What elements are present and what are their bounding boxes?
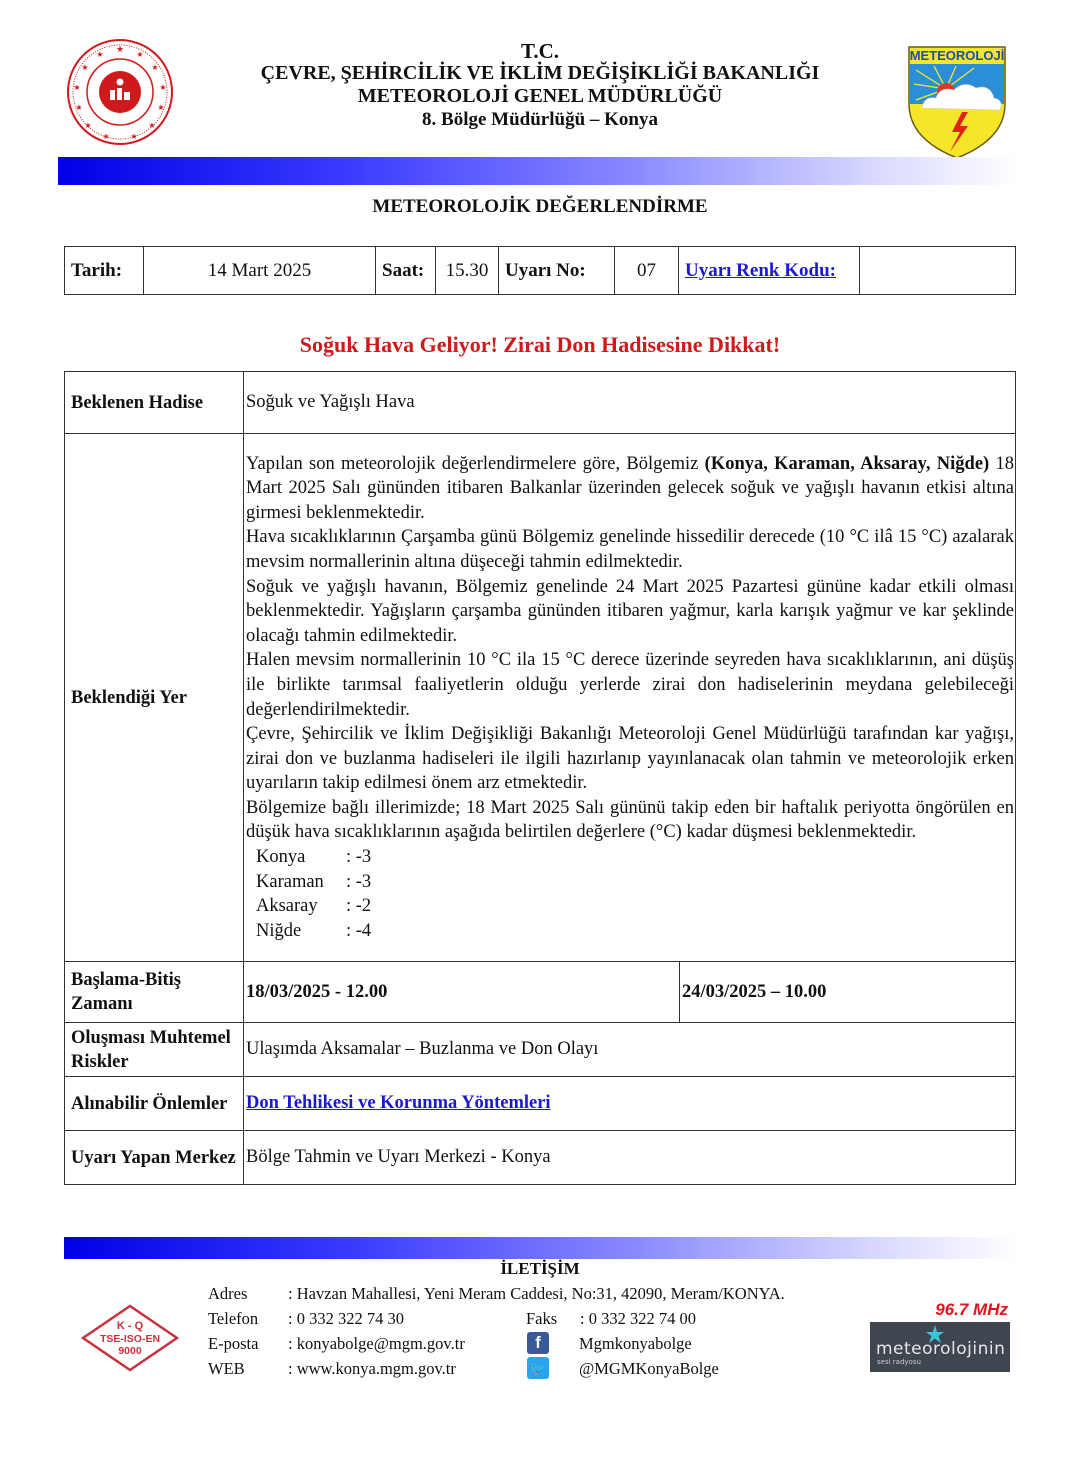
phone-label: Telefon <box>208 1306 288 1331</box>
svg-text:★: ★ <box>157 103 164 112</box>
svg-text:METEOROLOJİ: METEOROLOJİ <box>910 48 1005 63</box>
radio-badge: meteorolojinin sesi radyosu <box>870 1322 1010 1372</box>
row-expected-place: Beklendiği Yer Yapılan son meteorolojik … <box>65 434 1016 962</box>
min-temp-item: Konya: -3 <box>256 845 1014 870</box>
paragraph-6: Bölgemize bağlı illerimizde; 18 Mart 202… <box>246 796 1014 845</box>
svg-text:★: ★ <box>96 50 103 59</box>
warning-meta-table: Tarih: 14 Mart 2025 Saat: 15.30 Uyarı No… <box>64 246 1016 295</box>
svg-text:★: ★ <box>148 121 155 130</box>
paragraph-2: Hava sıcaklıklarının Çarşamba günü Bölge… <box>246 525 1014 574</box>
svg-text:★: ★ <box>84 121 91 130</box>
paragraph-4: Halen mevsim normallerinin 10 °C ila 15 … <box>246 648 1014 722</box>
expected-event-value: Soğuk ve Yağışlı Hava <box>244 372 1016 434</box>
facebook-icon[interactable]: f <box>527 1332 549 1354</box>
tse-iso-9000-logo: K - Q TSE-ISO-EN 9000 <box>80 1303 180 1373</box>
facebook-handle[interactable]: Mgmkonyabolge <box>579 1331 692 1356</box>
twitter-handle[interactable]: @MGMKonyaBolge <box>579 1356 719 1381</box>
warning-details-table: Beklenen Hadise Soğuk ve Yağışlı Hava Be… <box>64 371 1016 1185</box>
svg-text:★: ★ <box>116 44 124 54</box>
start-end-label: Başlama-Bitiş Zamanı <box>65 962 244 1023</box>
paragraph-1: Yapılan son meteorolojik değerlendirmele… <box>246 452 1014 526</box>
meteoroloji-radio-logo: 96.7 MHz meteorolojinin sesi radyosu <box>870 1300 1010 1372</box>
svg-text:★: ★ <box>81 63 88 72</box>
svg-text:★: ★ <box>130 132 137 141</box>
address-label: Adres <box>208 1281 288 1306</box>
row-expected-event: Beklenen Hadise Soğuk ve Yağışlı Hava <box>65 372 1016 434</box>
twitter-icon[interactable]: 🐦 <box>527 1357 549 1379</box>
ministry-seal-logo: ★ ★ ★ ★ ★ ★ ★ ★ ★ ★ ★ ★ ★ <box>66 38 174 146</box>
fax-label: Faks <box>526 1306 580 1331</box>
row-start-end: Başlama-Bitiş Zamanı 18/03/2025 - 12.00 … <box>65 962 1016 1023</box>
header-line-ministry: ÇEVRE, ŞEHİRCİLİK VE İKLİM DEĞİŞİKLİĞİ B… <box>180 62 900 85</box>
min-temperature-list: Konya: -3 Karaman: -3 Aksaray: -2 Niğde:… <box>256 845 1014 943</box>
email-value[interactable]: : konyabolge@mgm.gov.tr <box>288 1331 526 1356</box>
svg-text:★: ★ <box>73 83 80 92</box>
svg-text:★: ★ <box>102 132 109 141</box>
risks-label: Oluşması Muhtemel Riskler <box>65 1023 244 1077</box>
meteoroloji-shield-logo: METEOROLOJİ <box>906 44 1008 160</box>
issuer-value: Bölge Tahmin ve Uyarı Merkezi - Konya <box>244 1131 1016 1185</box>
risks-value: Ulaşımda Aksamalar – Buzlanma ve Don Ola… <box>244 1023 1016 1077</box>
institution-header: T.C. ÇEVRE, ŞEHİRCİLİK VE İKLİM DEĞİŞİKL… <box>180 40 900 132</box>
start-time: 18/03/2025 - 12.00 <box>244 962 680 1023</box>
date-label: Tarih: <box>65 247 144 295</box>
svg-text:★: ★ <box>136 50 143 59</box>
affected-provinces: (Konya, Karaman, Aksaray, Niğde) <box>705 454 990 474</box>
end-time: 24/03/2025 – 10.00 <box>680 962 1016 1023</box>
svg-text:TSE-ISO-EN: TSE-ISO-EN <box>100 1333 160 1345</box>
color-code-cell: Uyarı Renk Kodu: <box>679 247 860 295</box>
svg-text:9000: 9000 <box>118 1345 142 1357</box>
radio-subtitle: sesi radyosu <box>877 1358 921 1366</box>
warning-no-label: Uyarı No: <box>499 247 615 295</box>
paragraph-5: Çevre, Şehircilik ve İklim Değişikliği B… <box>246 722 1014 796</box>
footer-gradient-bar <box>64 1237 1018 1259</box>
issuer-label: Uyarı Yapan Merkez <box>65 1131 244 1185</box>
phone-value: : 0 332 322 74 30 <box>288 1306 526 1331</box>
web-row: WEB : www.konya.mgm.gov.tr 🐦 @MGMKonyaBo… <box>208 1356 785 1381</box>
paragraph-3: Soğuk ve yağışlı havanın, Bölgemiz genel… <box>246 575 1014 649</box>
address-row: Adres : Havzan Mahallesi, Yeni Meram Cad… <box>208 1281 785 1306</box>
header-gradient-bar <box>58 157 1018 185</box>
web-value[interactable]: : www.konya.mgm.gov.tr <box>288 1356 526 1381</box>
header-line-region: 8. Bölge Müdürlüğü – Konya <box>180 108 900 132</box>
header-line-tc: T.C. <box>180 40 900 62</box>
phone-row: Telefon : 0 332 322 74 30 Faks : 0 332 3… <box>208 1306 785 1331</box>
min-temp-item: Aksaray: -2 <box>256 894 1014 919</box>
measures-label: Alınabilir Önlemler <box>65 1077 244 1131</box>
expected-event-label: Beklenen Hadise <box>65 372 244 434</box>
header-line-directorate: METEOROLOJİ GENEL MÜDÜRLÜĞÜ <box>180 85 900 108</box>
fax-value: : 0 332 322 74 00 <box>580 1306 696 1331</box>
document-title: METEOROLOJİK DEĞERLENDİRME <box>0 196 1080 218</box>
row-issuer: Uyarı Yapan Merkez Bölge Tahmin ve Uyarı… <box>65 1131 1016 1185</box>
contact-title: İLETİŞİM <box>0 1259 1080 1279</box>
row-measures: Alınabilir Önlemler Don Tehlikesi ve Kor… <box>65 1077 1016 1131</box>
row-risks: Oluşması Muhtemel Riskler Ulaşımda Aksam… <box>65 1023 1016 1077</box>
svg-text:K - Q: K - Q <box>117 1320 144 1332</box>
warning-headline: Soğuk Hava Geliyor! Zirai Don Hadisesine… <box>0 332 1080 358</box>
radio-frequency: 96.7 MHz <box>870 1300 1008 1320</box>
color-code-value <box>860 247 1016 295</box>
time-value: 15.30 <box>436 247 499 295</box>
frost-protection-link[interactable]: Don Tehlikesi ve Korunma Yöntemleri <box>246 1093 551 1113</box>
svg-text:★: ★ <box>75 103 82 112</box>
svg-text:★: ★ <box>159 83 166 92</box>
radio-name: meteorolojinin <box>876 1339 1005 1359</box>
web-label: WEB <box>208 1356 288 1381</box>
email-row: E-posta : konyabolge@mgm.gov.tr f Mgmkon… <box>208 1331 785 1356</box>
warning-no-value: 07 <box>615 247 679 295</box>
expected-place-label: Beklendiği Yer <box>65 434 244 962</box>
svg-text:★: ★ <box>151 63 158 72</box>
min-temp-item: Niğde: -4 <box>256 919 1014 944</box>
expected-place-description: Yapılan son meteorolojik değerlendirmele… <box>244 434 1016 962</box>
color-code-link[interactable]: Uyarı Renk Kodu: <box>685 260 836 281</box>
measures-cell: Don Tehlikesi ve Korunma Yöntemleri <box>244 1077 1016 1131</box>
contact-details: Adres : Havzan Mahallesi, Yeni Meram Cad… <box>208 1281 785 1381</box>
address-value: : Havzan Mahallesi, Yeni Meram Caddesi, … <box>288 1281 785 1306</box>
email-label: E-posta <box>208 1331 288 1356</box>
min-temp-item: Karaman: -3 <box>256 870 1014 895</box>
time-label: Saat: <box>376 247 436 295</box>
date-value: 14 Mart 2025 <box>144 247 376 295</box>
